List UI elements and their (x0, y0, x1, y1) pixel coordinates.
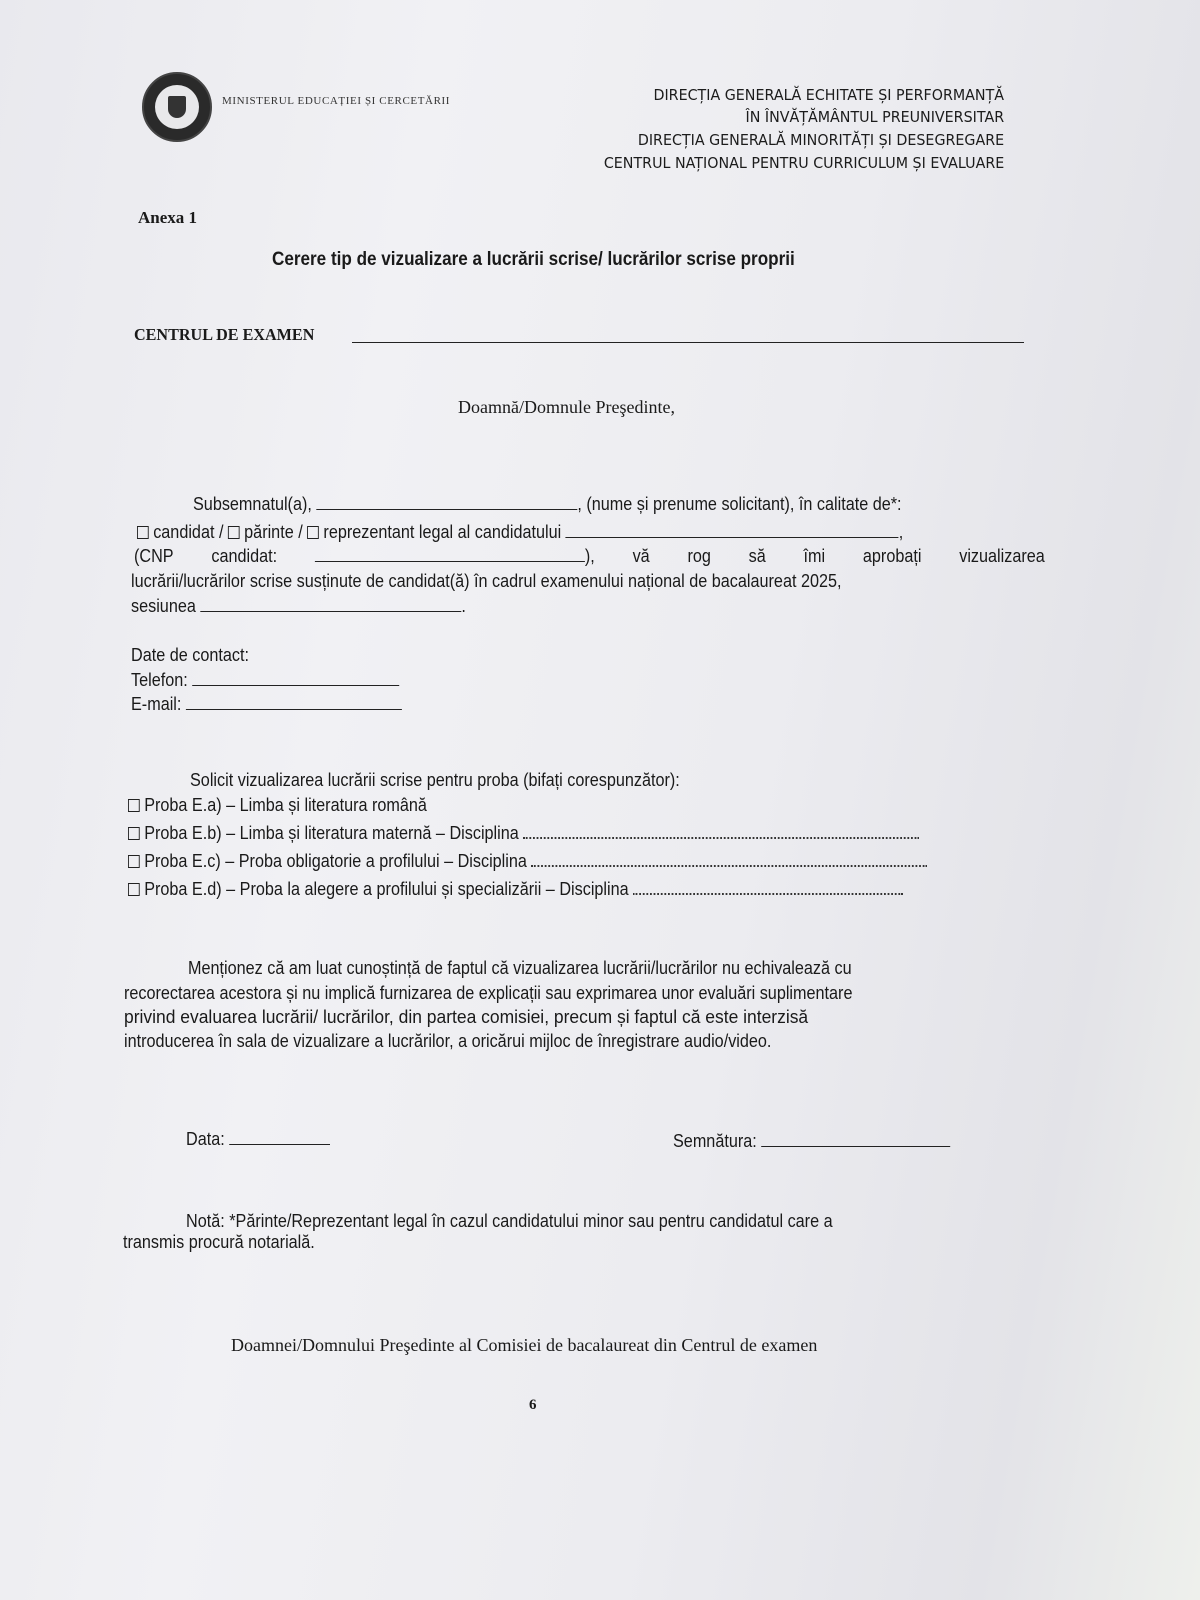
cnp-close: ), (585, 546, 595, 566)
role-legal-rep-checkbox[interactable] (307, 526, 319, 539)
email-row: E-mail: (131, 694, 402, 715)
exam-ed-discipline-field[interactable] (633, 879, 903, 895)
role-parent-label: părinte (244, 522, 294, 542)
applicant-name-field[interactable] (316, 495, 577, 510)
directorate-line-4: CENTRUL NAȚIONAL PENTRU CURRICULUM ȘI EV… (604, 154, 1004, 172)
exam-item-eb: Proba E.b) – Limba și literatura maternă… (128, 823, 919, 844)
email-label: E-mail: (131, 694, 181, 714)
exam-intro: Solicit vizualizarea lucrării scrise pen… (190, 770, 680, 791)
note-line-2: transmis procură notarială. (123, 1232, 315, 1253)
date-label: Data: (186, 1129, 225, 1149)
request-line-5: sesiunea . (131, 596, 466, 617)
exam-ed-checkbox[interactable] (128, 883, 140, 896)
exam-item-ed: Proba E.d) – Proba la alegere a profilul… (128, 879, 903, 900)
phone-field[interactable] (192, 671, 399, 686)
date-field[interactable] (229, 1130, 330, 1145)
exam-ed-label: Proba E.d) – Proba la alegere a profilul… (144, 879, 628, 899)
word: să (749, 546, 766, 567)
exam-ec-label: Proba E.c) – Proba obligatorie a profilu… (144, 851, 527, 871)
government-seal-icon (142, 72, 212, 142)
signature-field[interactable] (761, 1132, 950, 1147)
exam-ec-discipline-field[interactable] (531, 851, 927, 867)
exam-ec-checkbox[interactable] (128, 855, 140, 868)
directorate-line-2: ÎN ÎNVĂȚĂMÂNTUL PREUNIVERSITAR (745, 108, 1004, 126)
role-candidate-label: candidat (153, 522, 214, 542)
word: vizualizarea (959, 546, 1045, 567)
exam-item-ea: Proba E.a) – Limba și literatura română (128, 795, 427, 816)
directorate-line-3: DIRECȚIA GENERALĂ MINORITĂȚI ȘI DESEGREG… (638, 131, 1004, 149)
exam-eb-checkbox[interactable] (128, 827, 140, 840)
exam-center-field[interactable] (352, 342, 1024, 343)
separator: / (214, 522, 228, 542)
note-line-1: Notă: *Părinte/Reprezentant legal în caz… (186, 1211, 833, 1232)
period: . (461, 596, 466, 616)
phone-row: Telefon: (131, 670, 399, 691)
word: aprobați (863, 546, 922, 567)
statement-line-3: privind evaluarea lucrării/ lucrărilor, … (124, 1007, 808, 1028)
signature-row: Semnătura: (673, 1131, 950, 1152)
cnp-label-2: candidat: (211, 546, 277, 567)
role-candidate-checkbox[interactable] (137, 526, 149, 539)
exam-ea-label: Proba E.a) – Limba și literatura română (144, 795, 427, 815)
statement-line-1: Menționez că am luat cunoștință de faptu… (188, 958, 852, 979)
separator: / (294, 522, 308, 542)
annex-label: Anexa 1 (138, 208, 197, 228)
salutation: Doamnă/Domnule Preşedinte, (458, 397, 675, 418)
request-line-4: lucrării/lucrărilor scrise susținute de … (131, 571, 841, 592)
contact-heading: Date de contact: (131, 645, 249, 666)
exam-center-label: CENTRUL DE EXAMEN (134, 325, 314, 345)
session-label: sesiunea (131, 596, 196, 616)
undersigned-label: Subsemnatul(a), (193, 494, 312, 514)
exam-eb-label: Proba E.b) – Limba și literatura maternă… (144, 823, 519, 843)
request-line-1: Subsemnatul(a), , (nume și prenume solic… (193, 494, 902, 515)
page-number: 6 (529, 1397, 537, 1414)
exam-ea-checkbox[interactable] (128, 799, 140, 812)
exam-eb-discipline-field[interactable] (523, 823, 919, 839)
statement-line-4: introducerea în sala de vizualizare a lu… (124, 1031, 771, 1052)
role-legal-rep-label: reprezentant legal al candidatului (323, 522, 561, 542)
word: îmi (804, 546, 826, 567)
session-field[interactable] (200, 597, 461, 612)
name-hint: , (nume și prenume solicitant), în calit… (577, 494, 901, 514)
request-line-3: (CNP candidat: ), vă rog să îmi aprobați… (134, 546, 1043, 567)
document-page: MINISTERUL EDUCAȚIEI ȘI CERCETĂRII DIREC… (0, 0, 1200, 1600)
word: rog (687, 546, 710, 567)
exam-item-ec: Proba E.c) – Proba obligatorie a profilu… (128, 851, 927, 872)
directorate-line-1: DIRECȚIA GENERALĂ ECHITATE ȘI PERFORMANȚ… (653, 86, 1004, 104)
request-line-2: candidat / părinte / reprezentant legal … (137, 522, 903, 543)
document-title: Cerere tip de vizualizare a lucrării scr… (272, 249, 795, 271)
signature-label: Semnătura: (673, 1131, 757, 1151)
candidate-name-field[interactable] (566, 523, 899, 538)
phone-label: Telefon: (131, 670, 188, 690)
addressee: Doamnei/Domnului Preşedinte al Comisiei … (231, 1335, 817, 1356)
date-row: Data: (186, 1129, 330, 1150)
cnp-field[interactable] (315, 547, 585, 562)
statement-line-2: recorectarea acestora și nu implică furn… (124, 983, 852, 1004)
role-parent-checkbox[interactable] (228, 526, 240, 539)
cnp-label: (CNP (134, 546, 174, 567)
word: vă (633, 546, 650, 567)
email-field[interactable] (186, 695, 402, 710)
ministry-name: MINISTERUL EDUCAȚIEI ȘI CERCETĂRII (222, 95, 450, 107)
